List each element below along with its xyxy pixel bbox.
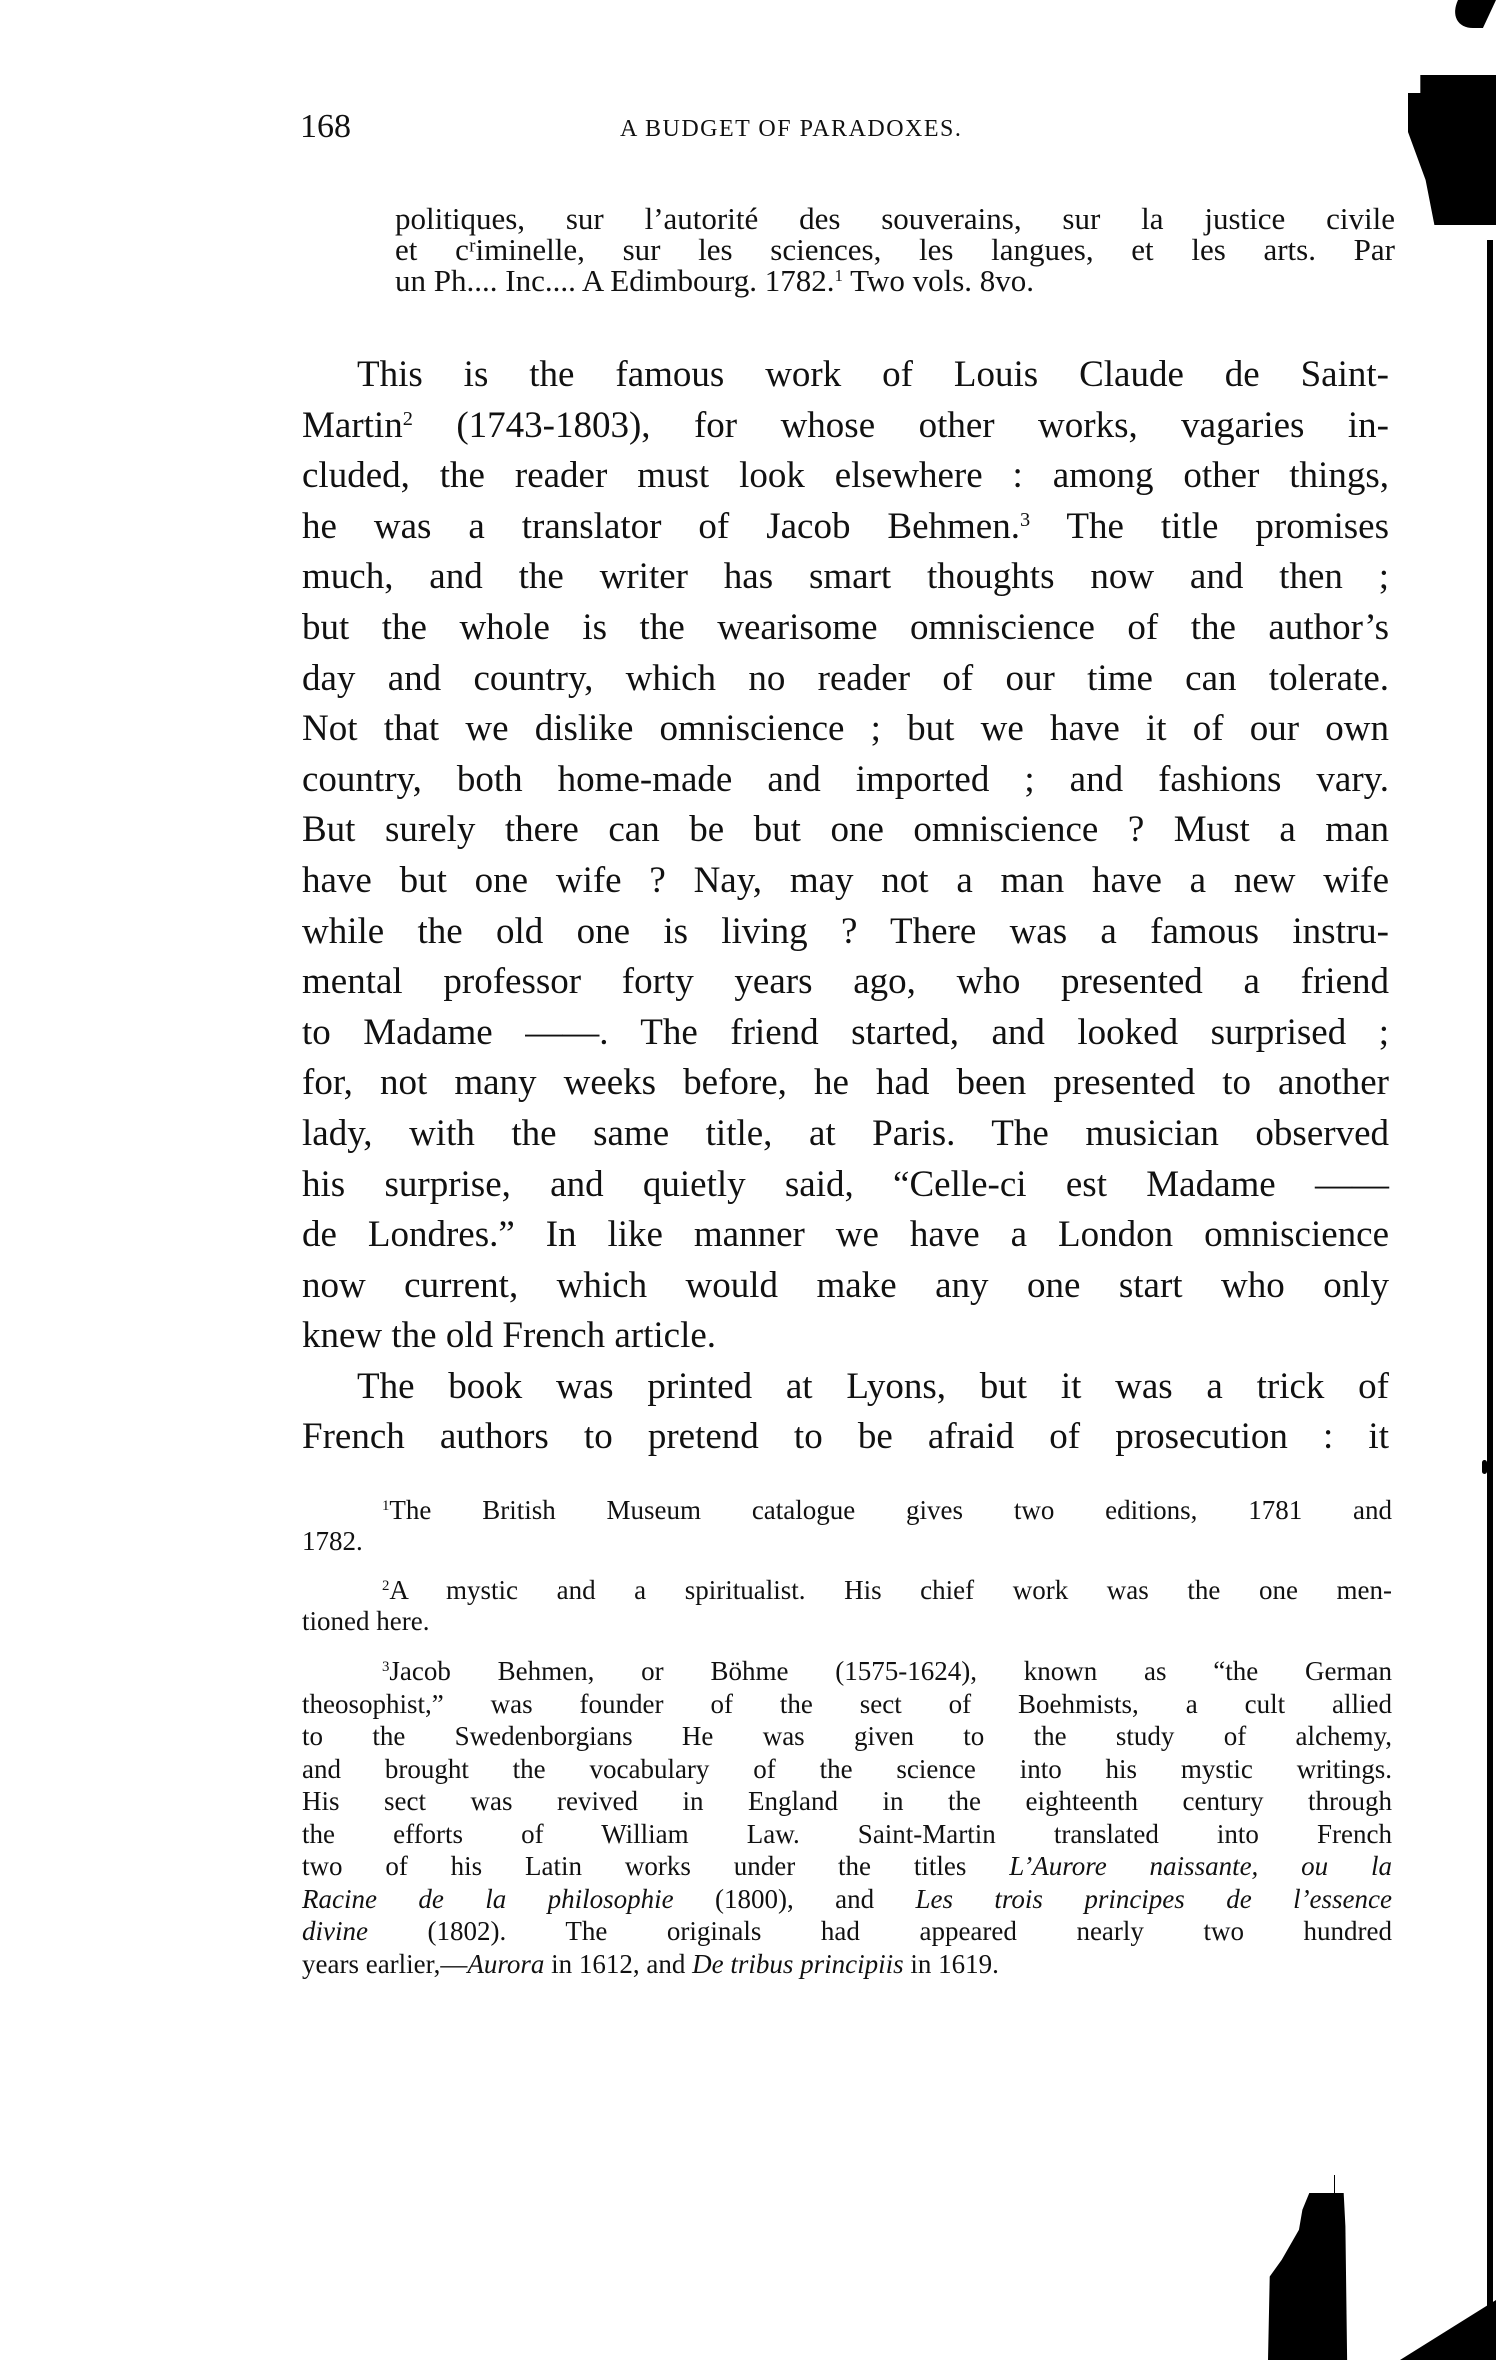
text-line: have but one wife ? Nay, may not a man h… [302,856,1389,907]
paragraph-1: This is the famous work of Louis Claude … [302,350,1389,1362]
footnote-line: two of his Latin works under the titles … [302,1850,1392,1883]
page-number: 168 [300,108,351,146]
quote-line: et cʳiminelle, sur les sciences, les lan… [395,234,1395,265]
margin-mark [1482,1460,1487,1474]
footnote-line: theosophist,” was founder of the sect of… [302,1688,1392,1721]
scan-tick-mark [1334,2175,1335,2193]
footnote-ref: 3 [1020,509,1030,531]
quote-line: un Ph.... Inc.... A Edimbourg. 1782.1 Tw… [395,265,1395,296]
text-line: cluded, the reader must look elsewhere :… [302,451,1389,502]
text-line: This is the famous work of Louis Claude … [302,350,1389,401]
footnote-line: 3Jacob Behmen, or Böhme (1575-1624), kno… [302,1655,1392,1688]
book-title: Les trois principes de l’essence [916,1884,1393,1914]
footnote-3: 3Jacob Behmen, or Böhme (1575-1624), kno… [302,1655,1392,1980]
scan-margin-blot [1408,75,1496,225]
text-line: to Madame ——. The friend started, and lo… [302,1008,1389,1059]
footnote-line: and brought the vocabulary of the scienc… [302,1753,1392,1786]
title-quote-block: politiques, sur l’autorité des souverain… [395,203,1395,296]
text-line: his surprise, and quietly said, “Celle-c… [302,1160,1389,1211]
page-edge-curl [1400,2300,1496,2360]
footnote-line: Racine de la philosophie (1800), and Les… [302,1883,1392,1916]
footnote-line: 1782. [302,1526,1392,1557]
footnote-line: the efforts of William Law. Saint-Martin… [302,1818,1392,1851]
footnote-1: 1The British Museum catalogue gives two … [302,1495,1392,1557]
text-line: but the whole is the wearisome omniscien… [302,603,1389,654]
page-edge-line [1487,240,1493,2360]
footnote-line: to the Swedenborgians He was given to th… [302,1720,1392,1753]
running-head: 168 A BUDGET OF PARADOXES. [300,108,1400,148]
running-title: A BUDGET OF PARADOXES. [620,116,962,143]
text-line: Not that we dislike omniscience ; but we… [302,704,1389,755]
scan-bottom-blot [1268,2193,1354,2360]
book-title: L’Aurore naissante, ou la [1009,1851,1392,1881]
footnote-ref: 2 [403,407,413,429]
footnote-line: His sect was revived in England in the e… [302,1785,1392,1818]
footnote-line: 2A mystic and a spiritualist. His chief … [302,1575,1392,1606]
footnote-ref: 1 [834,266,843,285]
text-line: much, and the writer has smart thoughts … [302,552,1389,603]
text-line: French authors to pretend to be afraid o… [302,1412,1389,1463]
footnote-line: years earlier,—Aurora in 1612, and De tr… [302,1948,1392,1981]
text-line: country, both home-made and imported ; a… [302,755,1389,806]
text-line: lady, with the same title, at Paris. The… [302,1109,1389,1160]
footnote-2: 2A mystic and a spiritualist. His chief … [302,1575,1392,1637]
text-line: But surely there can be but one omniscie… [302,805,1389,856]
quote-line: politiques, sur l’autorité des souverain… [395,203,1395,234]
paragraph-2: The book was printed at Lyons, but it wa… [302,1362,1389,1463]
footnote-line: 1The British Museum catalogue gives two … [302,1495,1392,1526]
footnote-line: divine (1802). The originals had appeare… [302,1915,1392,1948]
main-text: This is the famous work of Louis Claude … [302,350,1389,1463]
text-line: de Londres.” In like manner we have a Lo… [302,1210,1389,1261]
book-title: Racine de la philosophie [302,1884,674,1914]
scan-edge-shadow [1445,0,1496,28]
text-line: while the old one is living ? There was … [302,907,1389,958]
text-line: now current, which would make any one st… [302,1261,1389,1312]
text-line: knew the old French article. [302,1311,1389,1362]
book-title: De tribus principiis [692,1949,904,1979]
text-line: The book was printed at Lyons, but it wa… [302,1362,1389,1413]
book-title: Aurora [467,1949,544,1979]
text-line: Martin2 (1743-1803), for whose other wor… [302,401,1389,452]
footnote-line: tioned here. [302,1606,1392,1637]
text-line: for, not many weeks before, he had been … [302,1058,1389,1109]
book-title: divine [302,1916,368,1946]
text-line: day and country, which no reader of our … [302,654,1389,705]
text-line: he was a translator of Jacob Behmen.3 Th… [302,502,1389,553]
text-line: mental professor forty years ago, who pr… [302,957,1389,1008]
footnotes: 1The British Museum catalogue gives two … [302,1495,1392,1998]
